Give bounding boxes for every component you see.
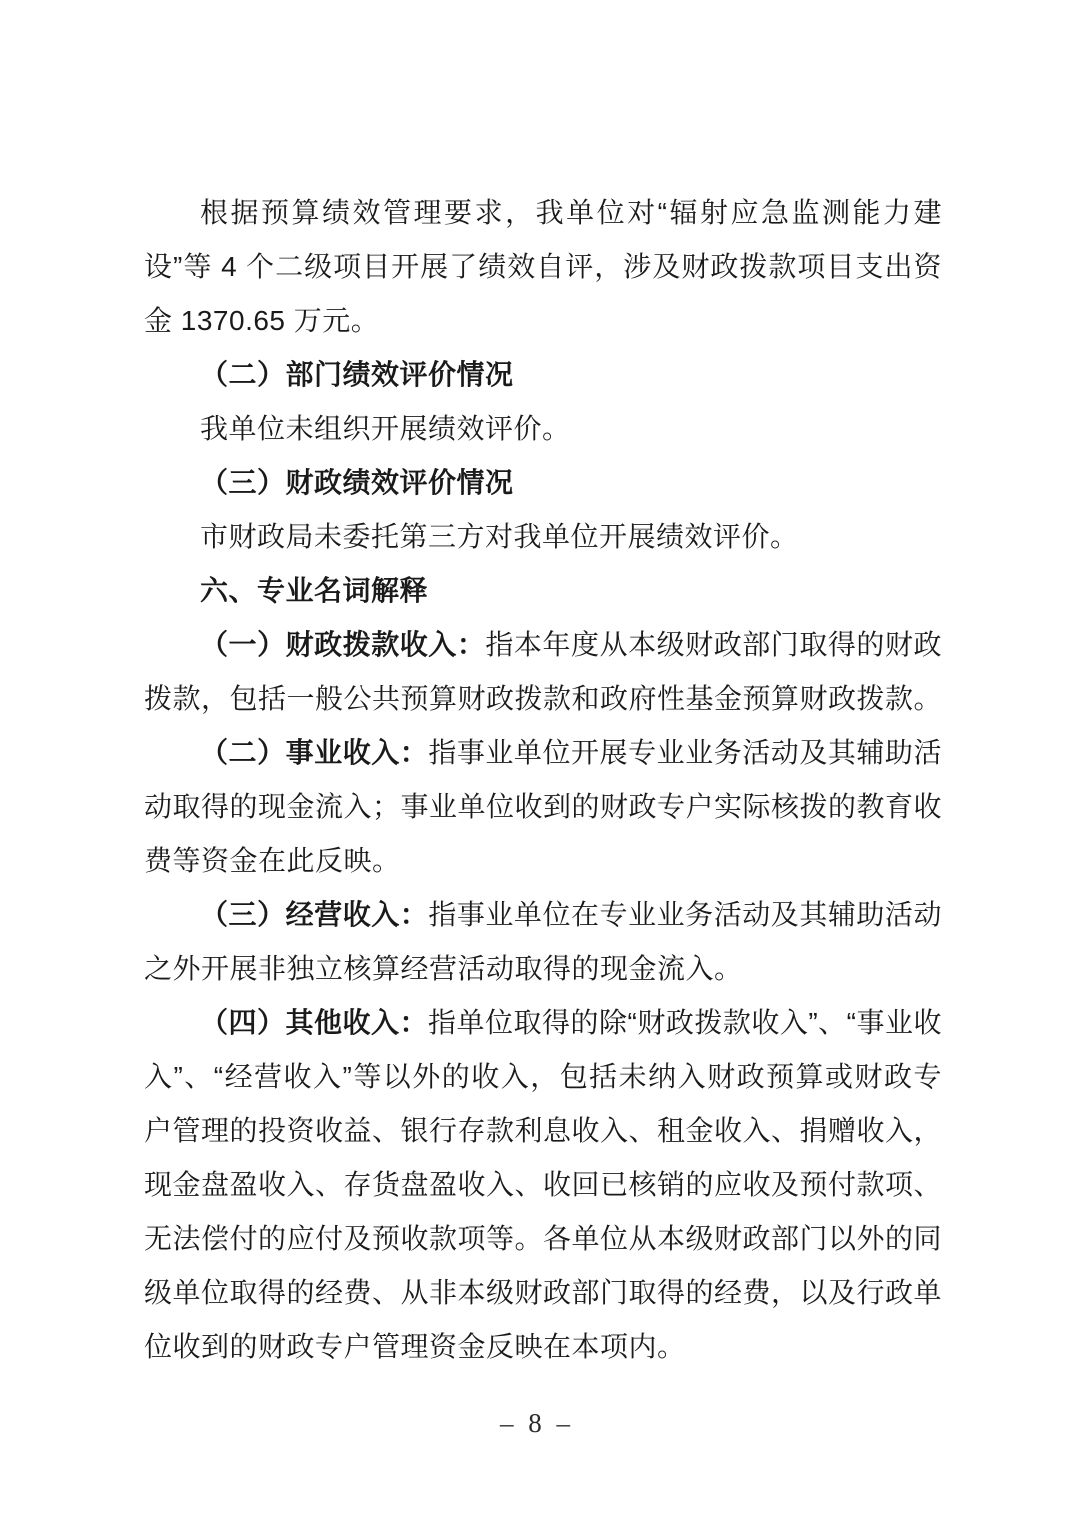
heading-fiscal-performance-evaluation: （三）财政绩效评价情况 xyxy=(144,456,942,510)
term-lead-other-income: （四）其他收入： xyxy=(200,1007,428,1038)
section-heading-terminology: 六、专业名词解释 xyxy=(144,564,942,618)
term-text-other-income: 指单位取得的除“财政拨款收入”、“事业收入”、“经营收入”等以外的收入，包括未纳… xyxy=(144,1007,942,1362)
paragraph-fiscal-performance-evaluation: 市财政局未委托第三方对我单位开展绩效评价。 xyxy=(144,510,942,564)
document-page: 根据预算绩效管理要求，我单位对“辐射应急监测能力建设”等 4 个二级项目开展了绩… xyxy=(0,0,1074,1520)
paragraph-dept-performance-evaluation: 我单位未组织开展绩效评价。 xyxy=(144,402,942,456)
heading-dept-performance-evaluation: （二）部门绩效评价情况 xyxy=(144,348,942,402)
term-definition-institutional-income: （二）事业收入：指事业单位开展专业业务活动及其辅助活动取得的现金流入；事业单位收… xyxy=(144,726,942,888)
page-number: – 8 – xyxy=(0,1408,1074,1439)
document-body: 根据预算绩效管理要求，我单位对“辐射应急监测能力建设”等 4 个二级项目开展了绩… xyxy=(144,186,942,1374)
paragraph-performance-self-evaluation: 根据预算绩效管理要求，我单位对“辐射应急监测能力建设”等 4 个二级项目开展了绩… xyxy=(144,186,942,348)
term-lead-institutional-income: （二）事业收入： xyxy=(200,737,428,768)
term-definition-operating-income: （三）经营收入：指事业单位在专业业务活动及其辅助活动之外开展非独立核算经营活动取… xyxy=(144,888,942,996)
term-definition-other-income: （四）其他收入：指单位取得的除“财政拨款收入”、“事业收入”、“经营收入”等以外… xyxy=(144,996,942,1374)
term-lead-operating-income: （三）经营收入： xyxy=(200,899,428,930)
term-definition-fiscal-appropriation-income: （一）财政拨款收入：指本年度从本级财政部门取得的财政拨款，包括一般公共预算财政拨… xyxy=(144,618,942,726)
term-lead-fiscal-appropriation-income: （一）财政拨款收入： xyxy=(200,629,485,660)
